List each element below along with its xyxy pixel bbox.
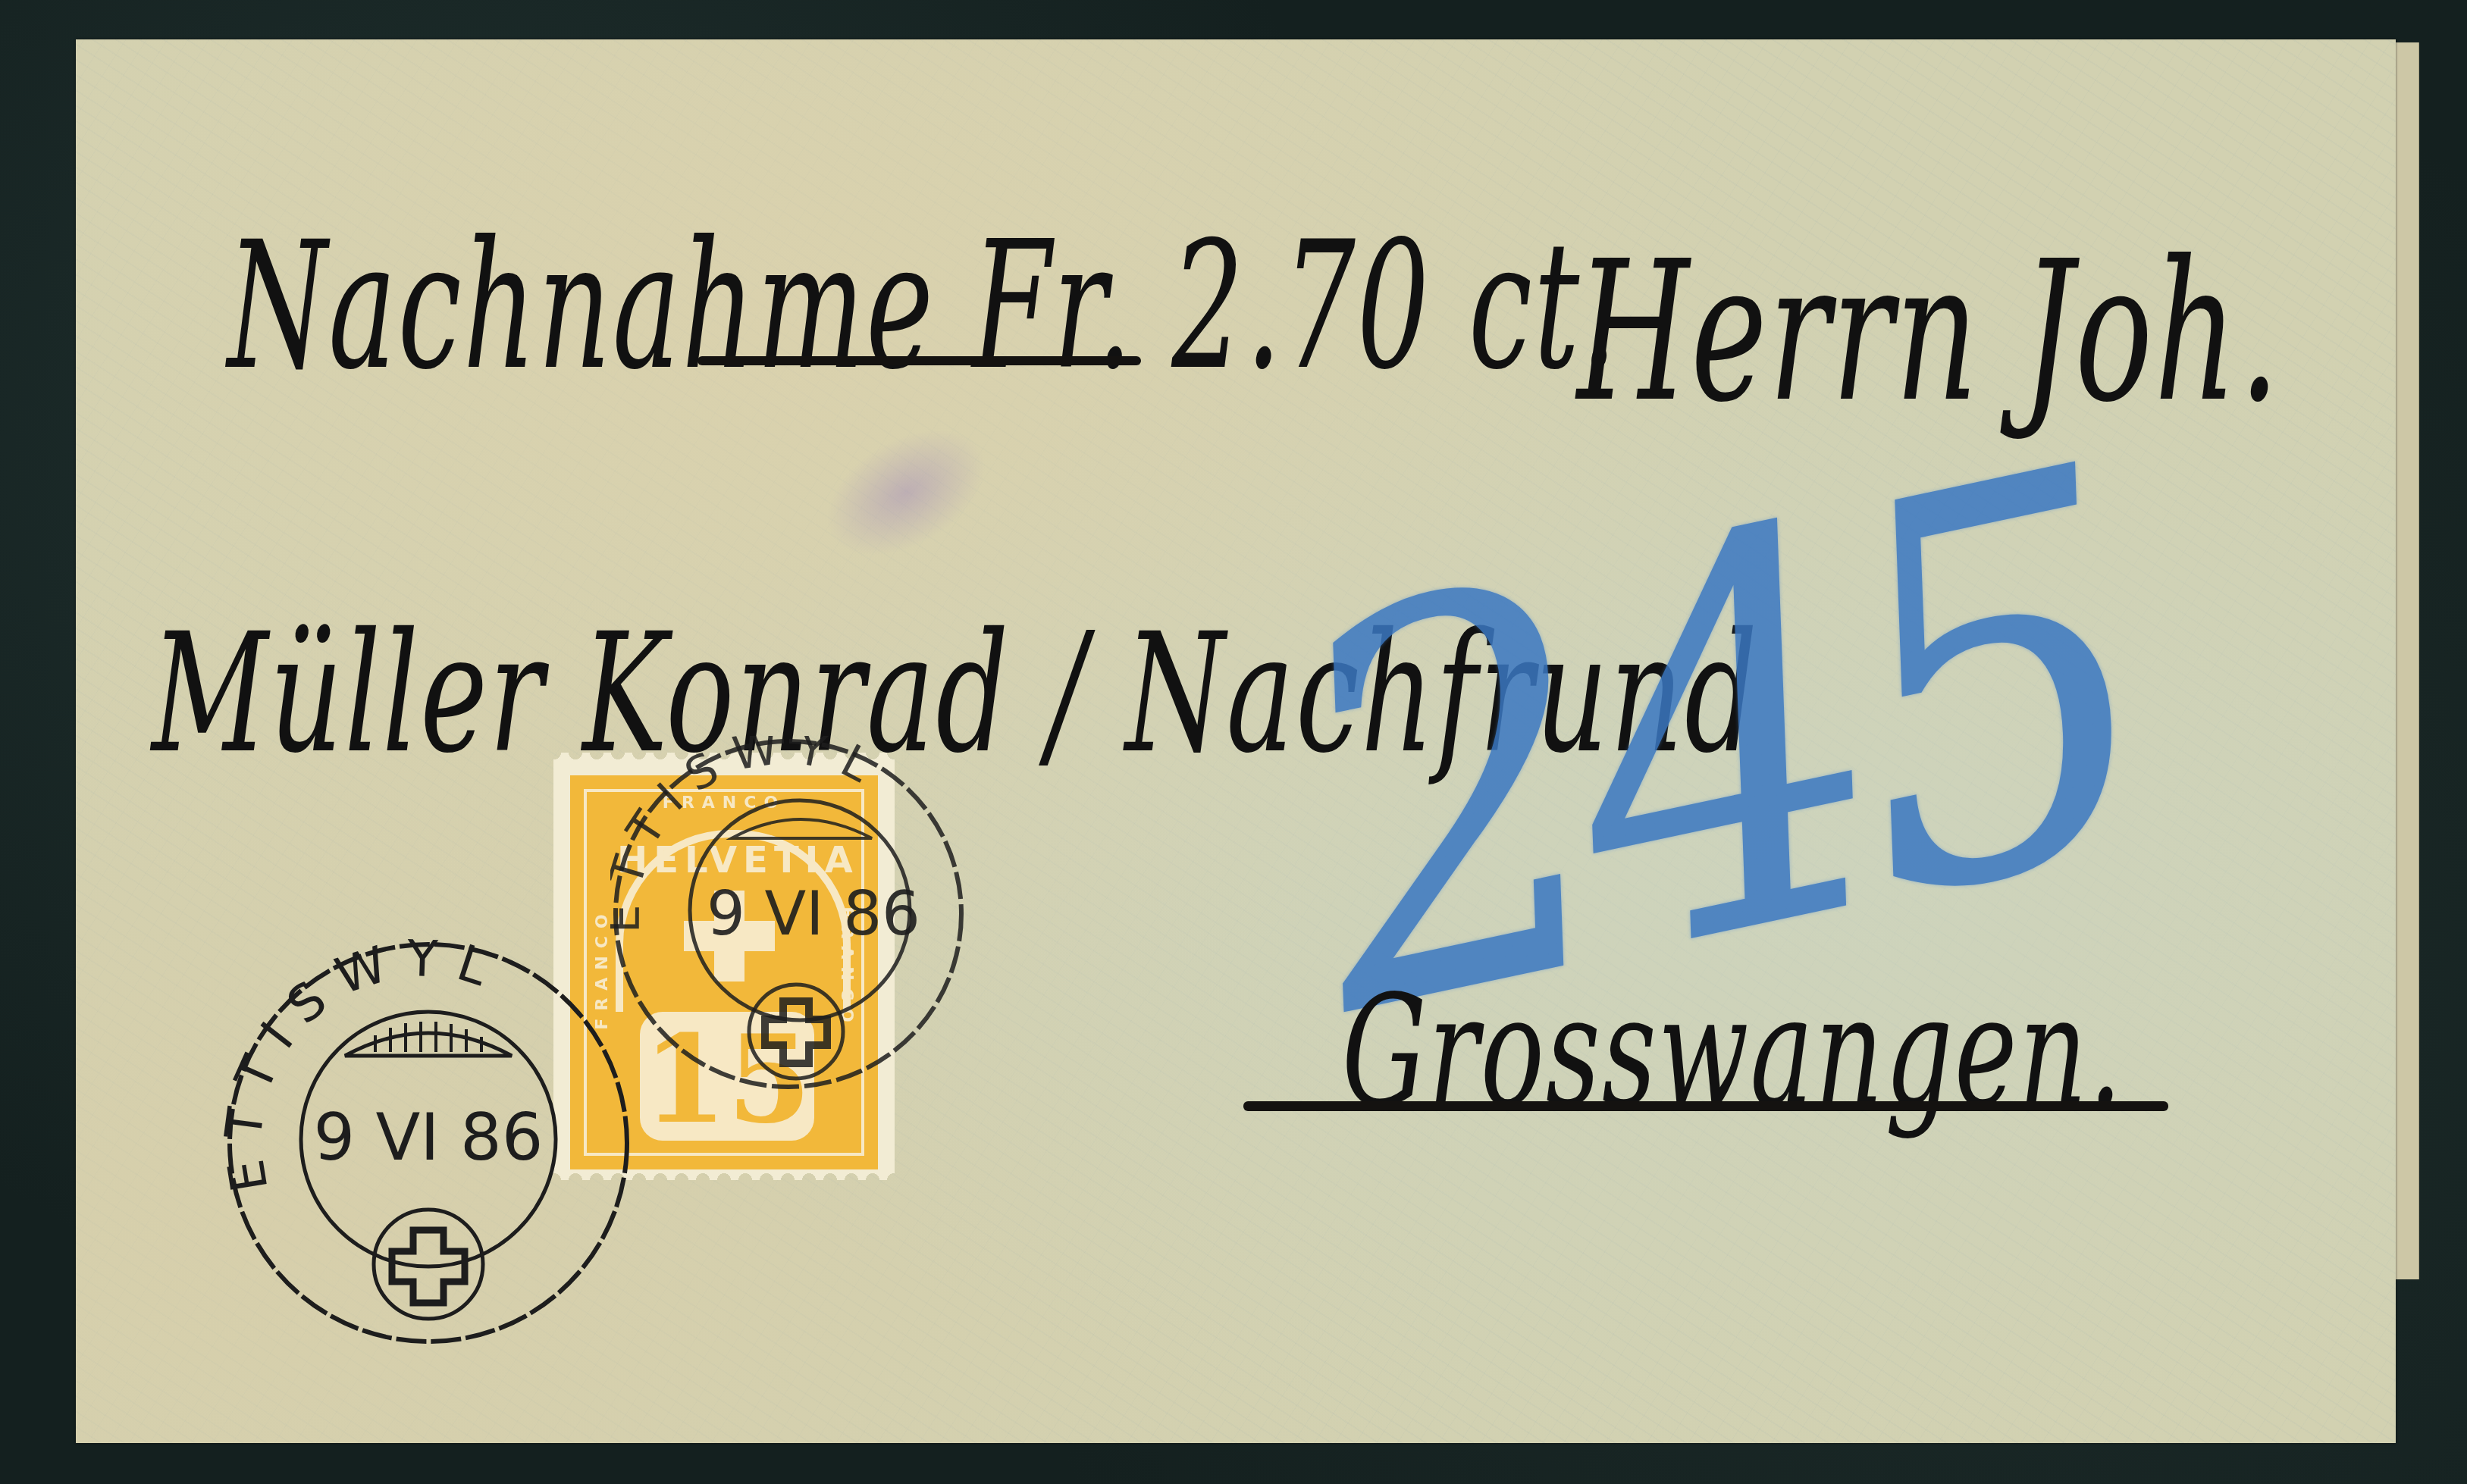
destination-underline (1243, 1101, 2168, 1111)
purple-ink-smudge (804, 403, 1008, 582)
postmark-left-date: 9 VI 86 (313, 1100, 543, 1176)
postmark-left: ETTISWYL 9 VI 86 (224, 938, 633, 1348)
destination-town: Grosswangen. (1342, 963, 2124, 1141)
swiss-cross-icon (765, 1001, 827, 1063)
postmark-right: ETTISWYL 9 VI 86 (610, 736, 967, 1092)
cod-amount-note: Nachnahme Fr. 2.70 ct. (227, 205, 1619, 409)
cover-content: Nachnahme Fr. 2.70 ct. Herrn Joh. Müller… (0, 0, 2467, 1484)
cod-amount-underline (697, 356, 1141, 365)
postmark-right-date: 9 VI 86 (707, 878, 920, 949)
